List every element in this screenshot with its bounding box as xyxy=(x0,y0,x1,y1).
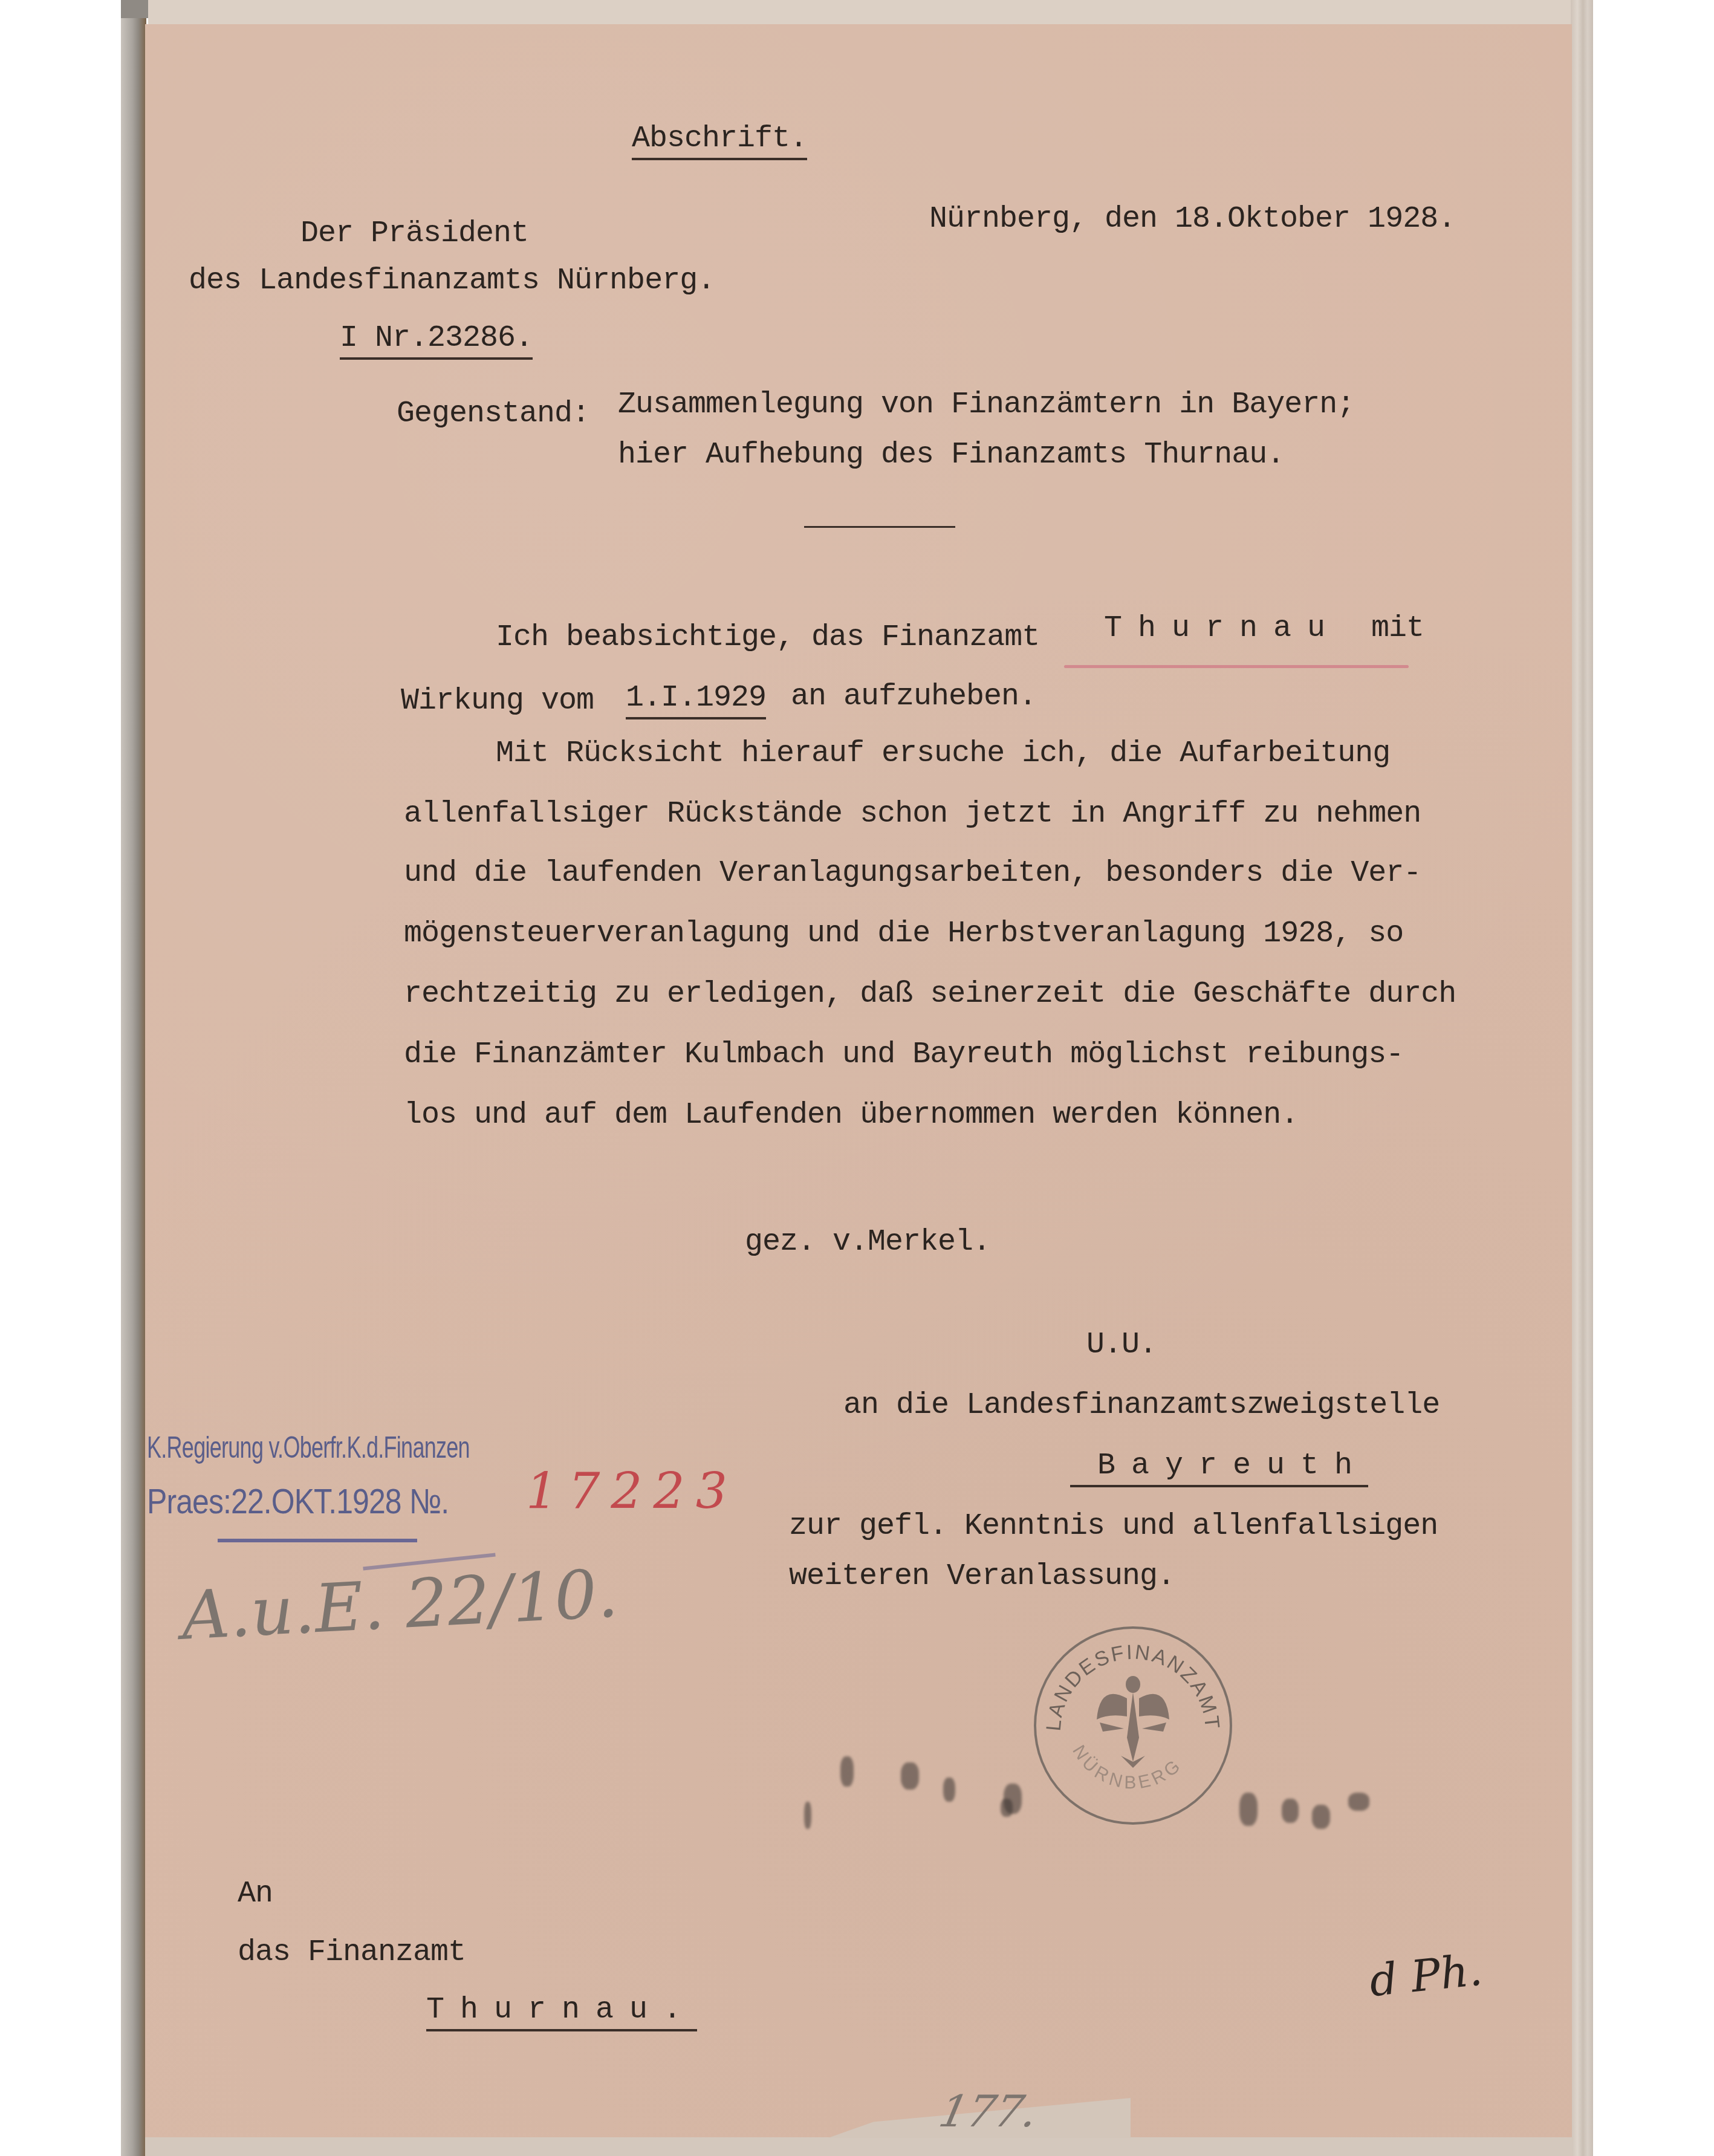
ink-blot xyxy=(901,1762,919,1790)
body-p1-line2-pre: Wirkung vom xyxy=(401,686,594,716)
eagle-seal-icon xyxy=(1094,1671,1172,1774)
official-seal: LANDESFINANZAMT NÜRNBERG xyxy=(1034,1626,1232,1825)
ink-blot xyxy=(1348,1793,1369,1811)
stamp-bar xyxy=(218,1539,417,1542)
receipt-stamp-line-1: K.Regierung v.Oberfr.K.d.Finanzen xyxy=(147,1430,470,1465)
recipient-line-1: An xyxy=(238,1879,273,1909)
body-p2-line: und die laufenden Veranlagungsarbeiten, … xyxy=(404,859,1421,889)
forwarding-line-1: an die Landesfinanzamtszweigstelle xyxy=(843,1391,1440,1421)
body-p1-line1-post: mit xyxy=(1371,614,1424,644)
ink-blot xyxy=(1312,1805,1330,1829)
subject-label: Gegenstand: xyxy=(397,399,589,429)
body-p1-thurnau-spaced: Thurnau xyxy=(1104,614,1341,644)
sender-line-1: Der Präsident xyxy=(300,219,528,249)
binding-edge-top xyxy=(121,0,148,18)
ink-blot xyxy=(1282,1799,1299,1823)
ink-blot xyxy=(840,1756,854,1787)
body-p2-line: Mit Rücksicht hierauf ersuche ich, die A… xyxy=(496,739,1390,769)
underlying-page-strip xyxy=(145,2137,1572,2156)
body-p1-effective-date: 1.I.1929 xyxy=(626,683,766,719)
signature-line: gez. v.Merkel. xyxy=(745,1227,990,1258)
reference-number: I Nr.23286. xyxy=(340,323,533,360)
section-divider xyxy=(804,526,955,528)
recipient-place: Thurnau. xyxy=(426,1995,697,2031)
body-p1-line2-post: an aufzuheben. xyxy=(791,682,1036,712)
body-p2-line: allenfallsiger Rückstände schon jetzt in… xyxy=(404,799,1421,830)
forwarding-line-3: weiteren Veranlassung. xyxy=(789,1562,1175,1592)
recipient-line-2: das Finanzamt xyxy=(238,1938,466,1968)
ink-blot xyxy=(943,1778,955,1802)
ink-blot xyxy=(1239,1793,1258,1826)
document-title: Abschrift. xyxy=(632,124,807,160)
body-p2-line: rechtzeitig zu erledigen, daß seinerzeit… xyxy=(404,979,1456,1010)
subject-line-1: Zusammenlegung von Finanzämtern in Bayer… xyxy=(618,390,1354,420)
sender-line-2: des Landesfinanzamts Nürnberg. xyxy=(189,266,715,296)
binding-edge-left xyxy=(121,0,146,2156)
place-date: Nürnberg, den 18.Oktober 1928. xyxy=(929,204,1455,235)
subject-line-2: hier Aufhebung des Finanzamts Thurnau. xyxy=(618,440,1284,470)
body-p2-line: mögensteuerveranlagung und die Herbstver… xyxy=(404,919,1403,949)
receipt-stamp-line-2: Praes:22.OKT.1928 №. xyxy=(147,1481,449,1522)
stacked-pages-right-edge xyxy=(1571,0,1593,2156)
forwarding-place: Bayreuth xyxy=(1070,1451,1368,1487)
folio-number: 177. xyxy=(935,2086,1042,2137)
body-p2-line: die Finanzämter Kulmbach und Bayreuth mö… xyxy=(404,1040,1403,1070)
page-top-band xyxy=(148,0,1572,24)
body-p2-line: los und auf dem Laufenden übernommen wer… xyxy=(404,1100,1298,1131)
ink-blot xyxy=(1001,1799,1013,1817)
forwarding-line-2: zur gefl. Kenntnis und allenfallsigen xyxy=(789,1511,1438,1542)
red-pencil-underline xyxy=(1064,665,1409,668)
ink-blot xyxy=(804,1802,811,1829)
receipt-number: 17223 xyxy=(526,1463,738,1521)
body-p1-line1-pre: Ich beabsichtige, das Finanzamt xyxy=(496,623,1039,653)
forwarding-abbr: U.U. xyxy=(1086,1330,1157,1360)
